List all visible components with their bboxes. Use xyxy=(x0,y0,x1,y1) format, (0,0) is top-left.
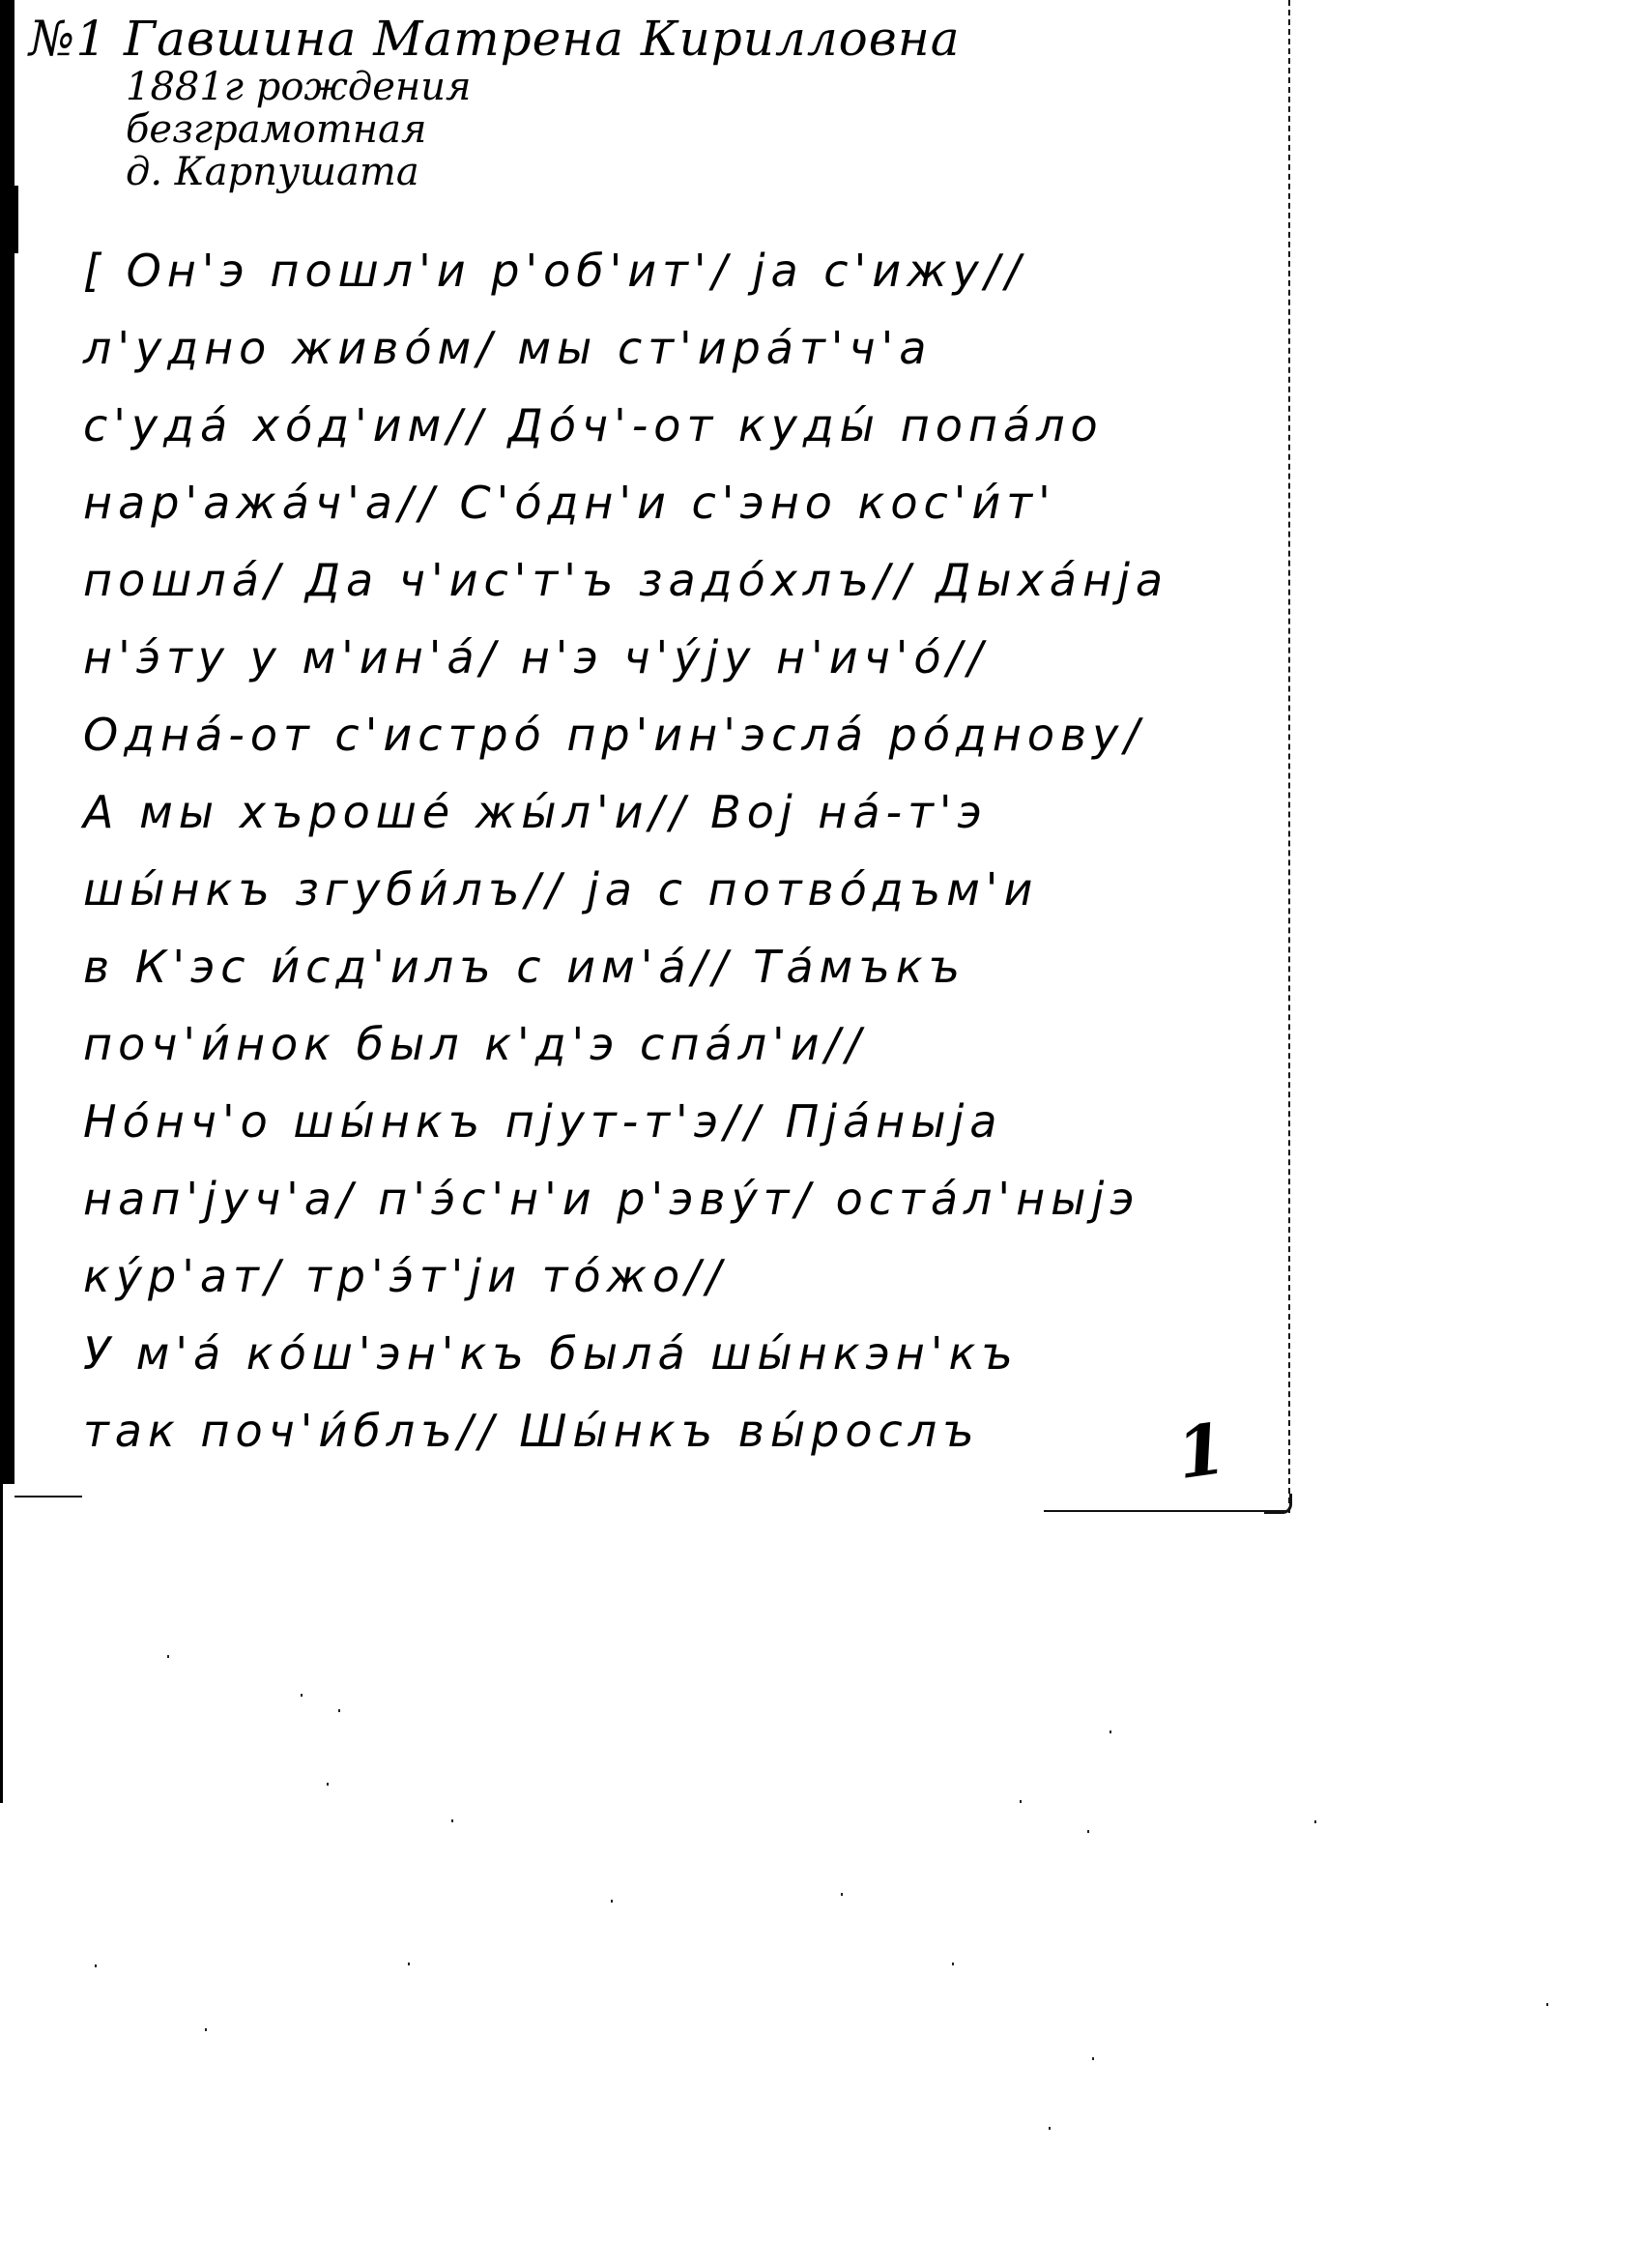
transcription-line: с'уда́ хо́д'им// До́ч'-от куды́ попа́ло xyxy=(83,387,1282,464)
paper-bottom-edge xyxy=(1044,1510,1290,1512)
transcription-line: У м'а́ ко́ш'эн'къ была́ шы́нкэн'къ xyxy=(83,1315,1282,1392)
informant-header: №1 Гавшина Матрена Кирилловна 1881г рожд… xyxy=(29,12,961,193)
informant-literacy: безграмотная xyxy=(29,108,961,151)
document-page: №1 Гавшина Матрена Кирилловна 1881г рожд… xyxy=(0,0,1288,1513)
scan-speck xyxy=(1020,1800,1022,1803)
scan-speck xyxy=(451,1819,453,1822)
scan-speck xyxy=(167,1655,169,1658)
transcription-line: л'удно живо́м/ мы ст'ира́т'ч'а xyxy=(83,309,1282,387)
paper-corner-curl xyxy=(1264,1494,1292,1514)
transcription-line: Одна́-от с'истро́ пр'ин'эсла́ ро́днову/ xyxy=(83,696,1282,773)
transcription-line: ку́р'ат/ тр'э́т'ји то́жо// xyxy=(83,1237,1282,1315)
scan-speck xyxy=(327,1783,329,1786)
scan-speck xyxy=(95,1964,97,1967)
scan-speck xyxy=(1049,2127,1051,2130)
transcription-line: А мы хъроше́ жы́л'и// Вој на́-т'э xyxy=(83,773,1282,851)
scan-speck xyxy=(1087,1830,1089,1833)
transcription-line: так поч'и́блъ// Шы́нкъ вы́рослъ xyxy=(83,1392,1282,1469)
scan-speck xyxy=(1546,2003,1548,2006)
informant-village: д. Карпушата xyxy=(29,151,961,193)
paper-bottom-left-edge xyxy=(14,1496,82,1497)
scan-speck xyxy=(205,2028,207,2031)
transcription-line: [ Он'э пошл'и р'об'ит'/ ја с'ижу// xyxy=(83,232,1282,309)
transcription-line: нап'јуч'а/ п'э́с'н'и р'эву́т/ оста́л'ныј… xyxy=(83,1160,1282,1237)
transcription-line: н'э́ту у м'ин'а́/ н'э ч'у́ју н'ич'о́// xyxy=(83,619,1282,696)
transcription-line: поч'и́нок был к'д'э спа́л'и// xyxy=(83,1005,1282,1083)
scan-speck xyxy=(952,1963,954,1965)
scan-speck xyxy=(611,1900,613,1903)
transcription-line: нар'ажа́ч'а// С'о́дн'и с'эно кос'и́т' xyxy=(83,464,1282,541)
scan-speck xyxy=(408,1963,410,1965)
paper-right-edge xyxy=(1288,0,1290,1513)
scan-speck xyxy=(1110,1730,1111,1733)
informant-birth-year: 1881г рождения xyxy=(29,66,961,108)
transcription-line: пошла́/ Да ч'ис'т'ъ задо́хлъ// Дыха́нја xyxy=(83,541,1282,619)
scan-speck xyxy=(1314,1820,1316,1823)
scan-speck xyxy=(841,1893,843,1896)
scan-speck xyxy=(301,1694,303,1697)
scan-speck xyxy=(1092,2057,1094,2060)
transcription-line: Но́нч'о шы́нкъ пјут-т'э// Пја́ныја xyxy=(83,1083,1282,1160)
transcription-line: шы́нкъ згуби́лъ// ја с потво́дъм'и xyxy=(83,851,1282,928)
informant-name: №1 Гавшина Матрена Кирилловна xyxy=(29,12,961,66)
transcription-body: [ Он'э пошл'и р'об'ит'/ ја с'ижу// л'удн… xyxy=(83,232,1282,1469)
transcription-line: в К'эс и́сд'илъ с им'а́// Та́мъкъ xyxy=(83,928,1282,1005)
scan-edge-left-thin xyxy=(0,1484,3,1803)
scan-speck xyxy=(338,1709,340,1712)
